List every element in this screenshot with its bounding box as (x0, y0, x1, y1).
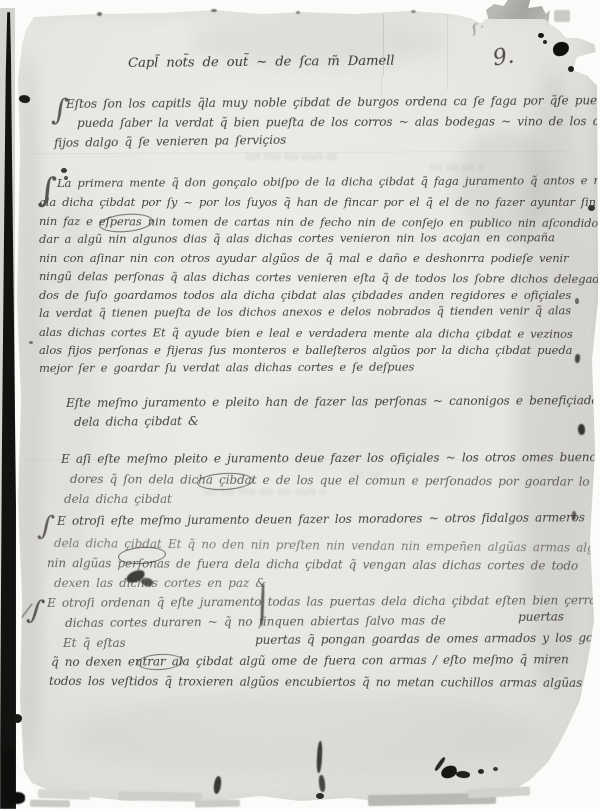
text-line: dela dicha çibdat & (74, 414, 199, 429)
bleedthrough-ghost-line: nu un (415, 296, 447, 309)
text-line: dexen las dichas cortes en paz & (54, 576, 266, 590)
ink-blot (316, 793, 324, 799)
torn-edge-shard (30, 800, 70, 808)
bleedthrough-ghost-line: un uu (350, 468, 382, 481)
folio-number: 9. (491, 44, 516, 72)
manuscript-page: Capl̃ not̃s de out̃ ~ de ſca m̃ Damell 9… (0, 0, 600, 809)
pen-flourish: ∫ (37, 170, 57, 211)
ink-blot (61, 168, 67, 173)
ink-blot (411, 10, 416, 13)
text-line: dos de ſuſo goardamos todos ala dicha çi… (39, 288, 571, 302)
text-line: dichas cortes duraren ~ q̃ no finquen ab… (65, 613, 446, 630)
text-line: Eſtos ſon los capitls q̃la muy noble çib… (66, 93, 600, 111)
text-line: dela dicha çibdat (64, 492, 172, 506)
text-line: pueda ſaber la verdat q̃ bien pueſta de … (77, 114, 600, 130)
ink-blot (588, 205, 595, 211)
text-line: puertas (518, 610, 564, 624)
ink-blot (538, 33, 544, 38)
ink-blot (5, 792, 25, 804)
ink-blot (478, 769, 484, 774)
text-line: E otroſi eſte meſmo juramento deuen faze… (57, 510, 600, 528)
text-line: Et q̃ eſtas (63, 636, 126, 650)
pen-flourish: ∫ (50, 92, 69, 128)
text-line: E aſi eſte meſmo pleito e juramento deue… (61, 450, 600, 466)
ink-blot (97, 12, 102, 16)
scanned-manuscript: Capl̃ not̃s de out̃ ~ de ſca m̃ Damell 9… (0, 0, 600, 809)
text-line: puertas q̃ pongan goardas de omes armado… (255, 630, 600, 647)
ink-blot (29, 341, 33, 344)
torn-edge-shard (554, 10, 570, 22)
ink-blot (2, 750, 15, 798)
ink-blot (211, 9, 217, 12)
text-line: alos fijos perſonas e fijeras ſus monter… (39, 343, 572, 357)
ink-blot (296, 11, 300, 14)
text-line: dar a algũ nin algunos dias q̃ alas dich… (39, 230, 555, 246)
ink-blot (578, 424, 586, 435)
heading-rubric: Capl̃ not̃s de out̃ ~ de ſca m̃ Damell (128, 54, 394, 71)
ink-blot (64, 176, 68, 180)
text-line: ningũ delas perſonas q̃ alas dichas cort… (39, 269, 600, 286)
text-line: alas dichas cortes Et q̃ ayude bien e le… (39, 325, 573, 341)
ink-blot (543, 40, 547, 44)
corner-pen-mark: ſ · (470, 20, 485, 37)
bleedthrough-ghost-line: un mo nu uun m (246, 150, 337, 163)
text-line: fijos dalgo q̃ ſe venieren pa ſerviçios (54, 133, 286, 150)
text-line: Eſte meſmo juramento e pleito han de faz… (66, 393, 600, 410)
torn-edge-shard (195, 800, 240, 808)
torn-edge-shard (38, 789, 90, 800)
torn-edge-shard (118, 791, 202, 801)
text-line: nin con aſinar nin con otros ayudar algũ… (39, 251, 569, 265)
paper-crease (447, 14, 448, 90)
ink-blot (568, 66, 574, 72)
ink-blot (13, 714, 22, 723)
torn-edge-shard (468, 786, 530, 798)
text-line: La primera mente q̃ don gonçalo obiſpo d… (57, 173, 600, 190)
text-line: E otroſi ordenan q̃ eſte juramento todas… (47, 593, 600, 610)
bleedthrough-ghost-line: nu un uu n (430, 162, 485, 173)
text-line: q̃ no dexen entrar ala çibdat algũ ome d… (51, 652, 569, 669)
ink-blot (575, 298, 579, 304)
paper-stain (70, 690, 540, 780)
ink-blot (493, 767, 498, 771)
text-line: todos los veſtidos q̃ troxieren algũos e… (49, 674, 582, 690)
text-line: ala dicha çibdat por ſy ~ por los ſuyos … (39, 195, 600, 209)
text-line: la verdat q̃ tienen pueſta de los dichos… (39, 303, 571, 320)
text-line: mejor ſer e goardar ſu verdat alas dicha… (39, 360, 414, 375)
text-line: dores q̃ ſon dela dicha çibdat e de los … (70, 472, 600, 489)
